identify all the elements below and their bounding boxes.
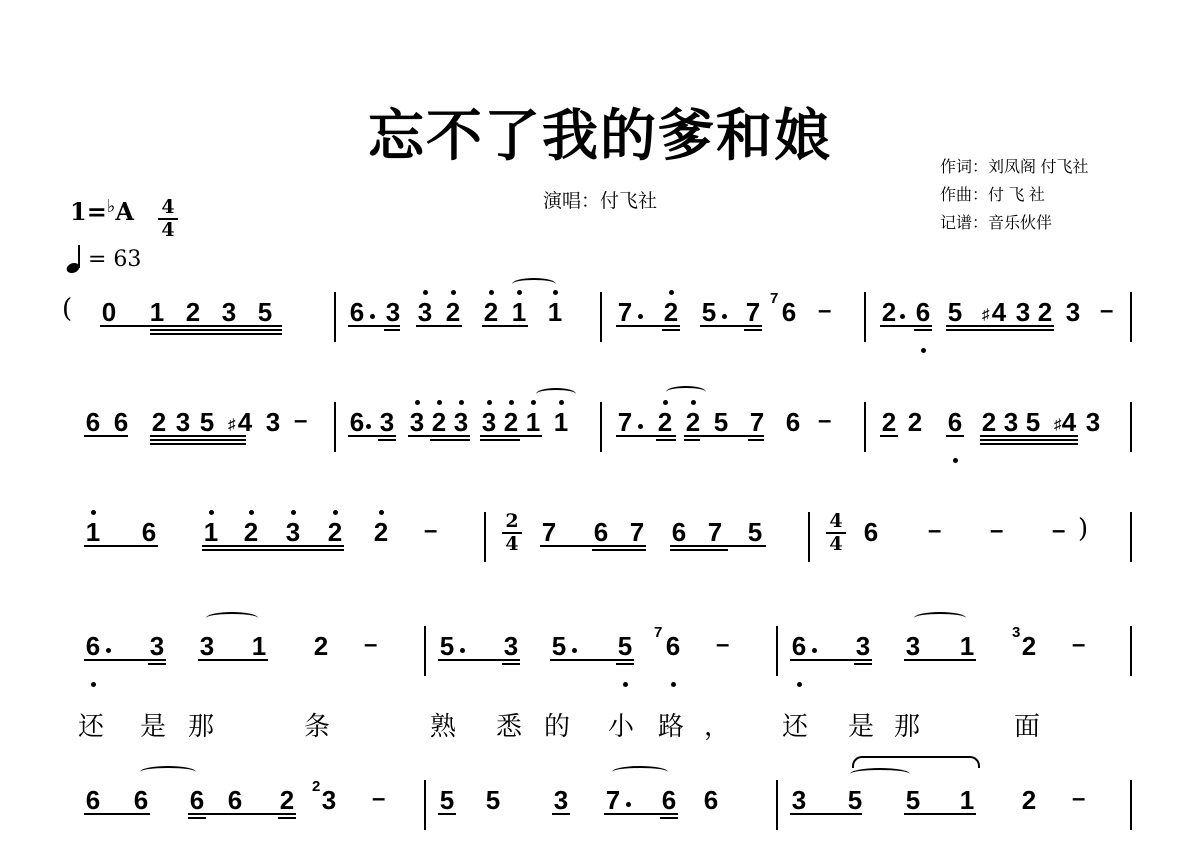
augmentation-dot	[722, 314, 727, 319]
barline	[864, 402, 866, 452]
note: 6	[84, 787, 102, 813]
note: 6	[664, 633, 682, 659]
barline	[1130, 402, 1132, 452]
note: 7	[604, 787, 622, 813]
underline-beam	[384, 329, 400, 331]
note: 7	[628, 519, 646, 545]
octave-up-dot	[451, 290, 456, 295]
note: 4	[990, 299, 1008, 325]
underline-beam	[150, 435, 246, 437]
augmentation-dot	[106, 648, 111, 653]
octave-up-dot	[509, 400, 514, 405]
augmentation-dot	[460, 648, 465, 653]
note: 5	[746, 519, 764, 545]
note: 2	[482, 299, 500, 325]
extension-dash: –	[990, 518, 1003, 544]
note: 5	[846, 787, 864, 813]
key-prefix: 1=	[70, 197, 107, 226]
note: 3	[384, 299, 402, 325]
note: 1	[202, 519, 220, 545]
note: 3	[416, 299, 434, 325]
underline-beam	[684, 439, 700, 441]
note: 4	[1060, 409, 1078, 435]
underline-beam	[540, 545, 646, 547]
lyric-char: ，	[704, 706, 730, 743]
note: 2	[372, 519, 390, 545]
underline-beam	[880, 435, 898, 437]
note: 3	[452, 409, 470, 435]
underline-beam	[416, 325, 462, 327]
note: 6	[914, 299, 932, 325]
lyric-char: 还	[78, 706, 104, 743]
key-note: A	[115, 197, 134, 226]
note: 3	[378, 409, 396, 435]
underline-beam	[84, 659, 166, 661]
augmentation-dot	[638, 424, 643, 429]
barline	[808, 512, 810, 562]
underline-beam	[502, 663, 520, 665]
note: 2	[444, 299, 462, 325]
lyricist-credit: 作词：刘凤阁 付飞社	[940, 154, 1088, 182]
lyric-char: 悉	[496, 706, 522, 743]
underline-beam	[438, 659, 520, 661]
note: 3	[904, 633, 922, 659]
barline	[1130, 626, 1132, 676]
barline	[864, 292, 866, 342]
underline-beam	[84, 545, 158, 547]
underline-beam	[552, 813, 570, 815]
slur-arc	[850, 768, 910, 780]
note: 2	[242, 519, 260, 545]
note: 2	[662, 299, 680, 325]
tempo-marking: = 63	[66, 244, 141, 274]
extension-dash: –	[1052, 518, 1065, 544]
octave-up-dot	[379, 510, 384, 515]
octave-down-dot	[797, 682, 802, 687]
credits-block: 作词：刘凤阁 付飞社 作曲：付 飞 社 记谱：音乐伙伴	[940, 154, 1088, 238]
octave-up-dot	[663, 400, 668, 405]
extension-dash: –	[818, 408, 831, 434]
note: 2	[1020, 633, 1038, 659]
time-sig-bottom: 4	[161, 221, 174, 240]
underline-beam	[662, 329, 680, 331]
underline-beam	[198, 659, 268, 661]
note: 6	[592, 519, 610, 545]
octave-down-dot	[953, 458, 958, 463]
lyric-char: 的	[544, 706, 570, 743]
octave-up-dot	[559, 400, 564, 405]
underline-beam	[946, 325, 1054, 327]
note: 5	[904, 787, 922, 813]
octave-up-dot	[459, 400, 464, 405]
extension-dash: –	[928, 518, 941, 544]
quarter-note-icon	[66, 244, 82, 274]
underline-beam	[84, 435, 128, 437]
underline-beam	[700, 325, 762, 327]
key-signature: 1=♭A	[70, 196, 134, 226]
extension-dash: –	[1072, 786, 1085, 812]
lyric-char: 是	[140, 706, 166, 743]
note: 2	[980, 409, 998, 435]
note: 7	[706, 519, 724, 545]
note: 3	[790, 787, 808, 813]
note: 2	[906, 409, 924, 435]
augmentation-dot	[626, 802, 631, 807]
note: 7	[744, 299, 762, 325]
underline-beam	[348, 435, 396, 437]
octave-up-dot	[415, 400, 420, 405]
barline	[424, 780, 426, 830]
lyric-char: 熟	[430, 706, 456, 743]
slur-arc	[536, 388, 576, 400]
octave-up-dot	[249, 510, 254, 515]
note: 1	[958, 787, 976, 813]
note: 3	[264, 409, 282, 435]
note: 3	[1084, 409, 1102, 435]
note: 3	[1002, 409, 1020, 435]
time-sig-bottom: 4	[505, 535, 518, 554]
underline-beam	[616, 325, 680, 327]
note: 1	[250, 633, 268, 659]
note: 5	[438, 633, 456, 659]
underline-beam	[550, 659, 634, 661]
barline	[334, 402, 336, 452]
note: 2	[880, 409, 898, 435]
extension-dash: –	[1100, 298, 1113, 324]
underline-beam	[980, 443, 1078, 445]
note: 6	[946, 409, 964, 435]
barline	[424, 626, 426, 676]
underline-beam	[616, 435, 676, 437]
underline-beam	[904, 813, 976, 815]
note: 3	[854, 633, 872, 659]
note: 3	[220, 299, 238, 325]
note: 6	[660, 787, 678, 813]
underline-beam	[408, 435, 470, 437]
note: 6	[140, 519, 158, 545]
underline-beam	[744, 329, 762, 331]
underline-beam	[748, 439, 764, 441]
barline	[1130, 780, 1132, 830]
augmentation-dot	[572, 648, 577, 653]
underline-beam	[188, 813, 296, 815]
note: 5	[616, 633, 634, 659]
extension-dash: –	[364, 632, 377, 658]
note: 6	[132, 787, 150, 813]
note: 7	[616, 299, 634, 325]
octave-up-dot	[209, 510, 214, 515]
underline-beam	[946, 435, 964, 437]
octave-down-dot	[921, 348, 926, 353]
note: 1	[546, 299, 564, 325]
note: 3	[1014, 299, 1032, 325]
augmentation-dot	[812, 648, 817, 653]
underline-beam	[348, 325, 400, 327]
note: 5	[946, 299, 964, 325]
time-signature: 4 4	[158, 198, 178, 240]
underline-beam	[790, 813, 862, 815]
composer-credit: 作曲：付 飞 社	[940, 182, 1088, 210]
note: 2	[502, 409, 520, 435]
octave-up-dot	[517, 290, 522, 295]
slur-arc	[140, 766, 196, 778]
slur-arc	[666, 386, 706, 398]
sharp-icon: ♯	[982, 306, 990, 323]
octave-up-dot	[691, 400, 696, 405]
underline-beam	[660, 817, 678, 819]
underline-beam	[604, 813, 678, 815]
note: 5	[712, 409, 730, 435]
note: 2	[150, 409, 168, 435]
note: 6	[862, 519, 880, 545]
note: 2	[278, 787, 296, 813]
lyric-char: 路	[658, 706, 684, 743]
tempo-value: = 63	[88, 247, 141, 272]
slur-arc	[612, 766, 668, 778]
underline-beam	[684, 435, 764, 437]
octave-down-dot	[671, 682, 676, 687]
underline-beam	[150, 443, 246, 445]
underline-beam	[670, 549, 728, 551]
note: 2	[1020, 787, 1038, 813]
octave-up-dot	[423, 290, 428, 295]
note: 1	[958, 633, 976, 659]
slur-arc	[206, 612, 258, 624]
sharp-icon: ♯	[228, 416, 236, 433]
note: 6	[670, 519, 688, 545]
underline-beam	[148, 663, 166, 665]
octave-up-dot	[531, 400, 536, 405]
underline-beam	[904, 659, 976, 661]
octave-up-dot	[553, 290, 558, 295]
underline-beam	[150, 439, 246, 441]
extension-dash: –	[818, 298, 831, 324]
lyric-char: 那	[188, 706, 214, 743]
note: 3	[408, 409, 426, 435]
underline-beam	[482, 325, 528, 327]
barline	[334, 292, 336, 342]
note: 5	[550, 633, 568, 659]
note: 3	[502, 633, 520, 659]
barline	[776, 626, 778, 676]
note: 6	[784, 409, 802, 435]
lyric-char: 条	[304, 706, 330, 743]
note: 4	[236, 409, 254, 435]
note: 5	[700, 299, 718, 325]
note: 3	[148, 633, 166, 659]
underline-beam	[616, 663, 634, 665]
underline-beam	[202, 545, 344, 547]
augmentation-dot	[638, 314, 643, 319]
note: 5	[438, 787, 456, 813]
note: 6	[112, 409, 130, 435]
note: 2	[312, 633, 330, 659]
underline-beam	[430, 439, 470, 441]
underline-beam	[188, 817, 206, 819]
note: 2	[880, 299, 898, 325]
octave-up-dot	[333, 510, 338, 515]
underline-beam	[150, 333, 282, 335]
slur-arc	[914, 612, 966, 624]
note: 6	[226, 787, 244, 813]
note: 3	[480, 409, 498, 435]
octave-down-dot	[623, 682, 628, 687]
extension-dash: –	[1072, 632, 1085, 658]
note: 5	[256, 299, 274, 325]
lyric-char: 是	[848, 706, 874, 743]
underline-beam	[854, 663, 872, 665]
time-sig-top: 4	[161, 198, 174, 217]
lyric-char: 小	[608, 706, 634, 743]
note: 1	[552, 409, 570, 435]
note: 2	[656, 409, 674, 435]
underline-beam	[100, 325, 282, 327]
underline-beam	[378, 439, 396, 441]
octave-up-dot	[437, 400, 442, 405]
note: 5	[198, 409, 216, 435]
underline-beam	[84, 813, 150, 815]
note: 7	[540, 519, 558, 545]
octave-up-dot	[489, 290, 494, 295]
note: 2	[1036, 299, 1054, 325]
octave-up-dot	[487, 400, 492, 405]
augmentation-dot	[370, 314, 375, 319]
underline-beam	[480, 435, 542, 437]
extension-dash: –	[372, 786, 385, 812]
note: 6	[188, 787, 206, 813]
note: 5	[484, 787, 502, 813]
note: 3	[1064, 299, 1082, 325]
underline-beam	[438, 813, 456, 815]
note: 6	[780, 299, 798, 325]
octave-up-dot	[291, 510, 296, 515]
note: 6	[84, 633, 102, 659]
underline-beam	[656, 439, 676, 441]
grace-note: 7	[770, 290, 778, 307]
octave-down-dot	[91, 682, 96, 687]
note: 5	[1024, 409, 1042, 435]
lyric-char: 面	[1014, 706, 1040, 743]
underline-beam	[670, 545, 766, 547]
underline-beam	[980, 435, 1078, 437]
grace-note: 7	[654, 624, 662, 641]
note: 1	[84, 519, 102, 545]
underline-beam	[914, 329, 932, 331]
barline	[1130, 512, 1132, 562]
lyric-char: 还	[782, 706, 808, 743]
note: 1	[148, 299, 166, 325]
note: 3	[320, 787, 338, 813]
underline-beam	[880, 325, 932, 327]
extension-dash: –	[716, 632, 729, 658]
note: 1	[524, 409, 542, 435]
tie-bracket	[852, 756, 980, 768]
note: 6	[348, 409, 366, 435]
note: 3	[198, 633, 216, 659]
barline	[600, 292, 602, 342]
underline-beam	[790, 659, 872, 661]
extension-dash: –	[424, 518, 437, 544]
barline	[600, 402, 602, 452]
augmentation-dot	[900, 314, 905, 319]
note: 3	[174, 409, 192, 435]
extension-dash: –	[294, 408, 307, 434]
note: 3	[284, 519, 302, 545]
note: 7	[748, 409, 766, 435]
time-sig-bottom: 4	[829, 535, 842, 554]
note: 2	[184, 299, 202, 325]
barline	[776, 780, 778, 830]
underline-beam	[278, 817, 296, 819]
time-sig-top: 2	[505, 512, 518, 531]
time-sig-top: 4	[829, 512, 842, 531]
parenthesis: (	[62, 294, 72, 324]
lyric-char: 那	[894, 706, 920, 743]
transcriber-credit: 记谱：音乐伙伴	[940, 210, 1088, 238]
parenthesis: )	[1078, 514, 1088, 544]
underline-beam	[980, 439, 1078, 441]
time-signature-change: 24	[502, 512, 522, 554]
note: 6	[84, 409, 102, 435]
note: 0	[100, 299, 118, 325]
note: 6	[702, 787, 720, 813]
note: 6	[348, 299, 366, 325]
underline-beam	[202, 549, 344, 551]
note: 2	[684, 409, 702, 435]
underline-beam	[150, 329, 282, 331]
barline	[1130, 292, 1132, 342]
octave-up-dot	[669, 290, 674, 295]
note: 3	[552, 787, 570, 813]
note: 2	[326, 519, 344, 545]
note: 6	[790, 633, 808, 659]
underline-beam	[480, 439, 520, 441]
underline-beam	[592, 549, 646, 551]
barline	[484, 512, 486, 562]
note: 2	[430, 409, 448, 435]
underline-beam	[946, 329, 1054, 331]
note: 7	[616, 409, 634, 435]
octave-up-dot	[91, 510, 96, 515]
time-signature-change: 44	[826, 512, 846, 554]
augmentation-dot	[366, 424, 371, 429]
note: 1	[510, 299, 528, 325]
slur-arc	[512, 278, 556, 290]
